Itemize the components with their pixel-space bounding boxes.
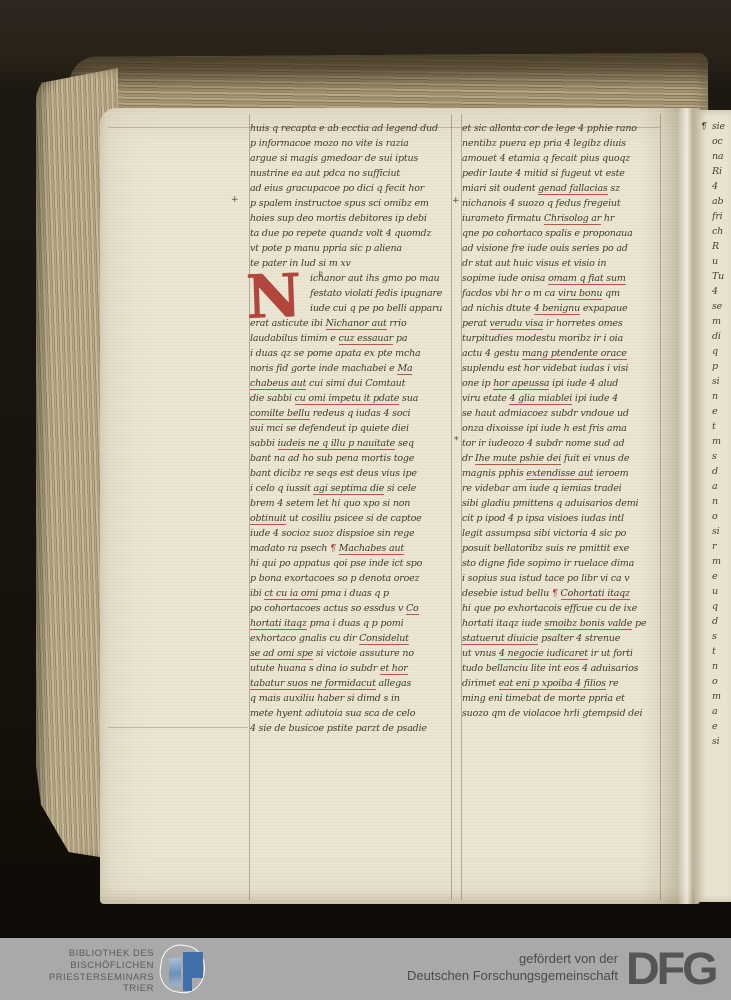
ruling-line	[451, 114, 452, 900]
dfg-logo: DFG	[626, 940, 715, 998]
text-column-right: et sic allonta cor de lege 4 pphie ranon…	[462, 121, 662, 721]
ruling-line	[108, 727, 248, 728]
facing-page-text: sieocnaRi4abfrichRuTu4semdiqpsinetmsdano…	[712, 119, 731, 749]
library-name-line3: PRIESTERSEMINARS TRIER	[30, 972, 154, 996]
funding-credit-line2: Deutschen Forschungsgemeinschaft	[360, 968, 618, 985]
manuscript-photo: huis q recapta e ab ecctia ad legend dud…	[0, 0, 731, 1000]
library-logo-icon	[158, 941, 208, 999]
library-name-line1: BIBLIOTHEK DES	[30, 948, 154, 960]
funding-credit: gefördert von der Deutschen Forschungsge…	[360, 951, 618, 984]
footer-bar: BIBLIOTHEK DES BISCHÖFLICHEN PRIESTERSEM…	[0, 938, 731, 1000]
text-column-left: huis q recapta e ab ecctia ad legend dud…	[250, 121, 450, 736]
library-logo-mark	[183, 978, 192, 991]
illuminated-initial: N	[245, 261, 309, 335]
funding-credit-line1: gefördert von der	[360, 951, 618, 968]
initial-guide-letter: n	[318, 270, 323, 278]
library-logo-mark	[183, 952, 203, 978]
library-name: BIBLIOTHEK DES BISCHÖFLICHEN PRIESTERSEM…	[30, 948, 154, 995]
library-logo-mark	[169, 958, 181, 987]
library-name-line2: BISCHÖFLICHEN	[30, 960, 154, 972]
